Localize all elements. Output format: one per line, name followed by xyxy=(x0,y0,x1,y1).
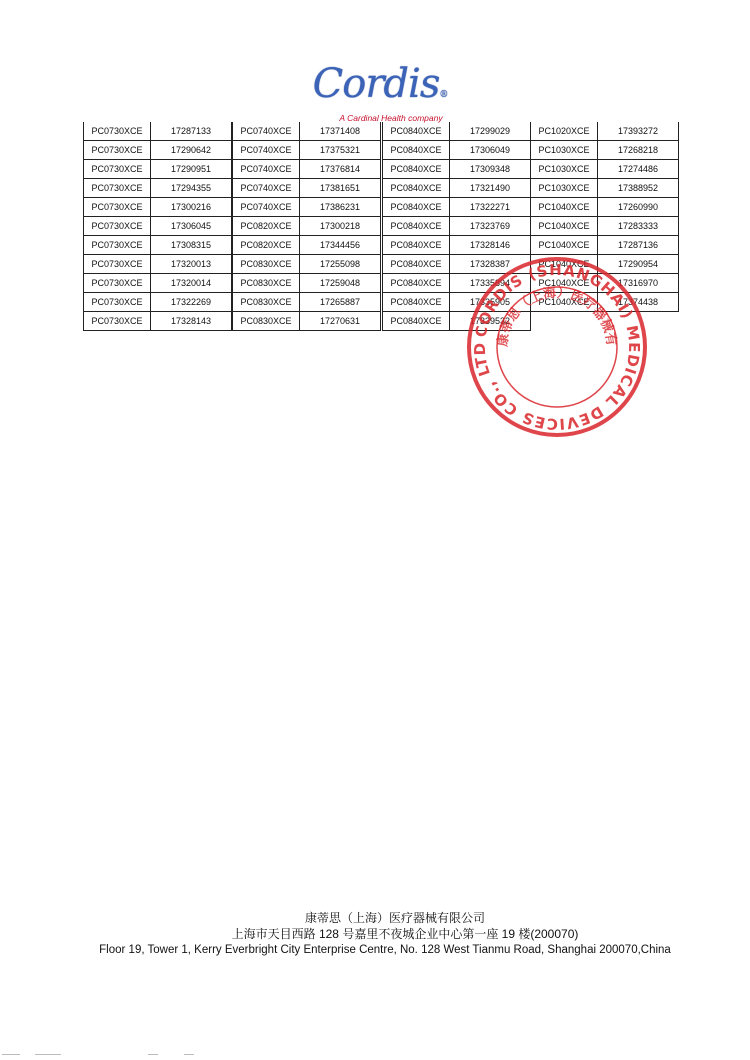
table-row: PC1030XCE17274486 xyxy=(531,160,679,179)
lot-number-cell: 17283333 xyxy=(598,217,679,236)
model-cell: PC0840XCE xyxy=(383,160,450,179)
table-row: PC0840XCE17299029 xyxy=(383,122,531,141)
model-cell: PC0730XCE xyxy=(84,217,151,236)
lot-number-cell: 17339532 xyxy=(450,312,531,331)
model-cell: PC0740XCE xyxy=(233,141,300,160)
table-row: PC0730XCE17322269 xyxy=(84,293,232,312)
lot-number-cell: 17309348 xyxy=(450,160,531,179)
table-row: PC0820XCE17300218 xyxy=(233,217,381,236)
table-row: PC0730XCE17290951 xyxy=(84,160,232,179)
table-row: PC1040XCE17260990 xyxy=(531,198,679,217)
model-cell: PC0730XCE xyxy=(84,198,151,217)
table-row: PC0740XCE17376814 xyxy=(233,160,381,179)
footer-company-name-cn: 康蒂思（上海）医疗器械有限公司 xyxy=(0,910,750,926)
table-row: PC0840XCE17309348 xyxy=(383,160,531,179)
lot-number-cell: 17393272 xyxy=(598,122,679,141)
model-cell: PC0840XCE xyxy=(383,274,450,293)
model-cell: PC1040XCE xyxy=(531,255,598,274)
model-cell: PC0830XCE xyxy=(233,255,300,274)
model-cell: PC0730XCE xyxy=(84,312,151,331)
lot-number-cell: 17320013 xyxy=(151,255,232,274)
model-cell: PC1040XCE xyxy=(531,217,598,236)
lot-number-cell: 17328387 xyxy=(450,255,531,274)
table-row: PC1020XCE17393272 xyxy=(531,122,679,141)
model-cell: PC1040XCE xyxy=(531,236,598,255)
table-row: PC0730XCE17300216 xyxy=(84,198,232,217)
lot-tables: PC0730XCE17287133PC0730XCE17290642PC0730… xyxy=(0,122,750,342)
lot-number-cell: 17290642 xyxy=(151,141,232,160)
model-cell: PC1040XCE xyxy=(531,293,598,312)
table-row: PC0740XCE17381651 xyxy=(233,179,381,198)
lot-number-cell: 17274486 xyxy=(598,160,679,179)
company-logo: Cordis® A Cardinal Health company xyxy=(300,64,460,123)
model-cell: PC0820XCE xyxy=(233,217,300,236)
table-row: PC0830XCE17270631 xyxy=(233,312,381,331)
model-cell: PC1030XCE xyxy=(531,160,598,179)
model-cell: PC0840XCE xyxy=(383,141,450,160)
lot-table-4: PC1020XCE17393272PC1030XCE17268218PC1030… xyxy=(530,122,679,312)
lot-number-cell: 17290951 xyxy=(151,160,232,179)
lot-number-cell: 17299029 xyxy=(450,122,531,141)
table-row: PC0830XCE17259048 xyxy=(233,274,381,293)
model-cell: PC0740XCE xyxy=(233,122,300,141)
model-cell: PC1030XCE xyxy=(531,141,598,160)
table-row: PC0730XCE17320013 xyxy=(84,255,232,274)
model-cell: PC0840XCE xyxy=(383,255,450,274)
lot-number-cell: 17294355 xyxy=(151,179,232,198)
registered-mark: ® xyxy=(439,90,447,100)
lot-number-cell: 17316970 xyxy=(598,274,679,293)
lot-number-cell: 17300216 xyxy=(151,198,232,217)
lot-number-cell: 17321490 xyxy=(450,179,531,198)
model-cell: PC0830XCE xyxy=(233,312,300,331)
table-row: PC0740XCE17371408 xyxy=(233,122,381,141)
lot-number-cell: 17308315 xyxy=(151,236,232,255)
model-cell: PC0840XCE xyxy=(383,217,450,236)
lot-table-1: PC0730XCE17287133PC0730XCE17290642PC0730… xyxy=(83,122,232,331)
lot-number-cell: 17322269 xyxy=(151,293,232,312)
footer-address-en: Floor 19, Tower 1, Kerry Everbright City… xyxy=(0,942,750,958)
table-row: PC0730XCE17306045 xyxy=(84,217,232,236)
model-cell: PC0730XCE xyxy=(84,179,151,198)
table-row: PC0840XCE17323769 xyxy=(383,217,531,236)
model-cell: PC1030XCE xyxy=(531,179,598,198)
table-row: PC1040XCE17316970 xyxy=(531,274,679,293)
lot-number-cell: 17323769 xyxy=(450,217,531,236)
lot-number-cell: 17287136 xyxy=(598,236,679,255)
table-row: PC0730XCE17287133 xyxy=(84,122,232,141)
table-row: PC1040XCE17283333 xyxy=(531,217,679,236)
table-row: PC0840XCE17322271 xyxy=(383,198,531,217)
lot-number-cell: 17344456 xyxy=(300,236,381,255)
table-row: PC0730XCE17294355 xyxy=(84,179,232,198)
table-row: PC1030XCE17388952 xyxy=(531,179,679,198)
model-cell: PC0740XCE xyxy=(233,160,300,179)
table-row: PC0840XCE17328387 xyxy=(383,255,531,274)
model-cell: PC1020XCE xyxy=(531,122,598,141)
model-cell: PC0730XCE xyxy=(84,255,151,274)
table-row: PC0730XCE17320014 xyxy=(84,274,232,293)
table-row: PC0740XCE17386231 xyxy=(233,198,381,217)
table-row: PC1040XCE17290954 xyxy=(531,255,679,274)
lot-table-3: PC0840XCE17299029PC0840XCE17306049PC0840… xyxy=(382,122,531,331)
lot-number-cell: 17335905 xyxy=(450,293,531,312)
table-row: PC0820XCE17344456 xyxy=(233,236,381,255)
lot-number-cell: 17374438 xyxy=(598,293,679,312)
table-row: PC0730XCE17328143 xyxy=(84,312,232,331)
lot-number-cell: 17328146 xyxy=(450,236,531,255)
lot-number-cell: 17306045 xyxy=(151,217,232,236)
model-cell: PC0840XCE xyxy=(383,179,450,198)
lot-number-cell: 17268218 xyxy=(598,141,679,160)
table-row: PC0840XCE17306049 xyxy=(383,141,531,160)
lot-number-cell: 17270631 xyxy=(300,312,381,331)
model-cell: PC0730XCE xyxy=(84,141,151,160)
table-row: PC1030XCE17268218 xyxy=(531,141,679,160)
lot-number-cell: 17287133 xyxy=(151,122,232,141)
lot-number-cell: 17260990 xyxy=(598,198,679,217)
lot-number-cell: 17335894 xyxy=(450,274,531,293)
table-row: PC0730XCE17308315 xyxy=(84,236,232,255)
logo-wordmark: Cordis® xyxy=(300,64,460,115)
lot-number-cell: 17255098 xyxy=(300,255,381,274)
document-footer: 康蒂思（上海）医疗器械有限公司 上海市天目西路 128 号嘉里不夜城企业中心第一… xyxy=(0,910,750,958)
lot-number-cell: 17386231 xyxy=(300,198,381,217)
lot-number-cell: 17328143 xyxy=(151,312,232,331)
table-row: PC0840XCE17339532 xyxy=(383,312,531,331)
lot-table-2: PC0740XCE17371408PC0740XCE17375321PC0740… xyxy=(232,122,381,331)
table-row: PC0840XCE17328146 xyxy=(383,236,531,255)
model-cell: PC0840XCE xyxy=(383,122,450,141)
model-cell: PC0840XCE xyxy=(383,198,450,217)
lot-number-cell: 17388952 xyxy=(598,179,679,198)
lot-number-cell: 17306049 xyxy=(450,141,531,160)
model-cell: PC0820XCE xyxy=(233,236,300,255)
model-cell: PC0730XCE xyxy=(84,293,151,312)
lot-number-cell: 17320014 xyxy=(151,274,232,293)
lot-number-cell: 17322271 xyxy=(450,198,531,217)
lot-number-cell: 17290954 xyxy=(598,255,679,274)
model-cell: PC1040XCE xyxy=(531,198,598,217)
table-row: PC0730XCE17290642 xyxy=(84,141,232,160)
table-row: PC0830XCE17255098 xyxy=(233,255,381,274)
table-row: PC0830XCE17265887 xyxy=(233,293,381,312)
lot-number-cell: 17259048 xyxy=(300,274,381,293)
model-cell: PC0830XCE xyxy=(233,293,300,312)
model-cell: PC0830XCE xyxy=(233,274,300,293)
lot-number-cell: 17265887 xyxy=(300,293,381,312)
lot-number-cell: 17376814 xyxy=(300,160,381,179)
model-cell: PC0730XCE xyxy=(84,122,151,141)
lot-number-cell: 17375321 xyxy=(300,141,381,160)
table-row: PC1040XCE17374438 xyxy=(531,293,679,312)
model-cell: PC0840XCE xyxy=(383,293,450,312)
model-cell: PC0840XCE xyxy=(383,312,450,331)
model-cell: PC0730XCE xyxy=(84,160,151,179)
table-row: PC0840XCE17321490 xyxy=(383,179,531,198)
lot-number-cell: 17381651 xyxy=(300,179,381,198)
model-cell: PC1040XCE xyxy=(531,274,598,293)
model-cell: PC0740XCE xyxy=(233,198,300,217)
table-row: PC0740XCE17375321 xyxy=(233,141,381,160)
model-cell: PC0840XCE xyxy=(383,236,450,255)
footer-address-cn: 上海市天目西路 128 号嘉里不夜城企业中心第一座 19 楼(200070) xyxy=(0,926,750,942)
scan-artifacts xyxy=(0,1054,750,1058)
model-cell: PC0730XCE xyxy=(84,274,151,293)
model-cell: PC0740XCE xyxy=(233,179,300,198)
lot-number-cell: 17371408 xyxy=(300,122,381,141)
model-cell: PC0730XCE xyxy=(84,236,151,255)
table-row: PC0840XCE17335905 xyxy=(383,293,531,312)
table-row: PC0840XCE17335894 xyxy=(383,274,531,293)
lot-number-cell: 17300218 xyxy=(300,217,381,236)
table-row: PC1040XCE17287136 xyxy=(531,236,679,255)
